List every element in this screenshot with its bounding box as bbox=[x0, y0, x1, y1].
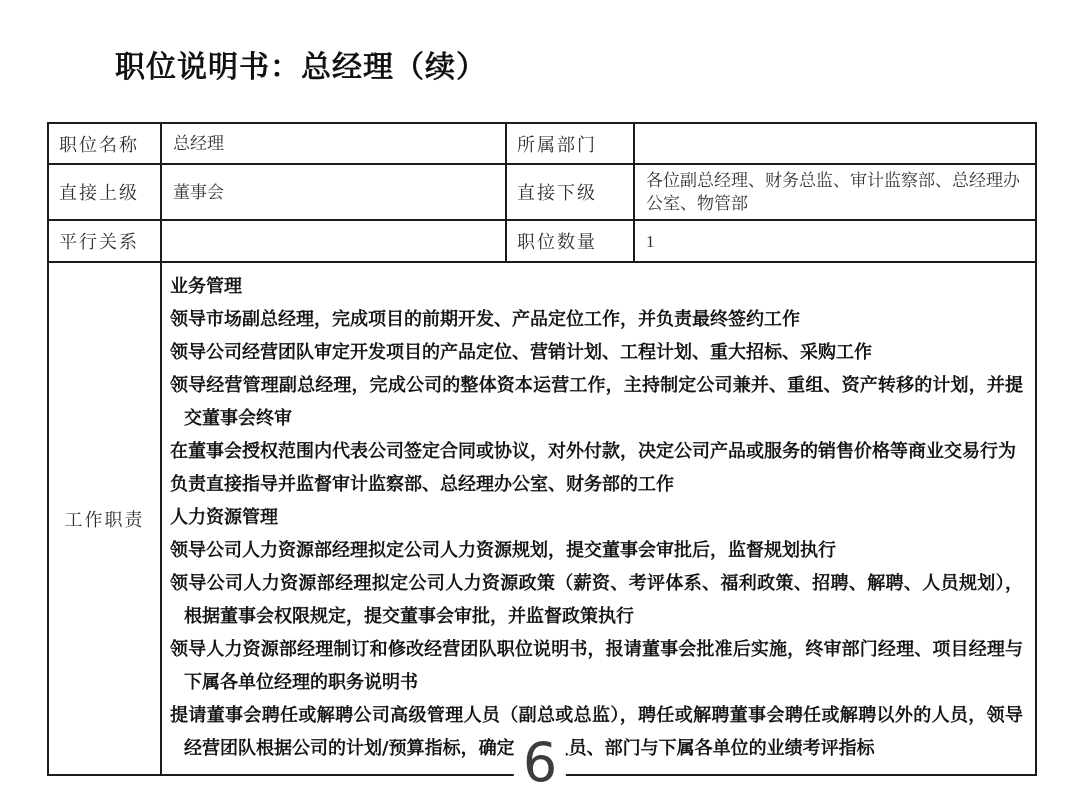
field-label-direct-superior: 直接上级 bbox=[48, 164, 161, 220]
table-row: 平行关系 职位数量 1 bbox=[48, 220, 1036, 262]
page-title: 职位说明书：总经理（续） bbox=[115, 42, 487, 86]
duty-item: 领导经营管理副总经理，完成公司的整体资本运营工作，主持制定公司兼并、重组、资产转… bbox=[170, 369, 1023, 435]
table-row: 职位名称 总经理 所属部门 bbox=[48, 123, 1036, 164]
field-label-position-count: 职位数量 bbox=[506, 220, 634, 262]
field-value-position-count: 1 bbox=[634, 220, 1036, 262]
duty-item: 领导公司人力资源部经理拟定公司人力资源规划，提交董事会审批后，监督规划执行 bbox=[170, 534, 1023, 567]
duty-item: 领导市场副总经理，完成项目的前期开发、产品定位工作，并负责最终签约工作 bbox=[170, 303, 1023, 336]
table-row: 直接上级 董事会 直接下级 各位副总经理、财务总监、审计监察部、总经理办公室、物… bbox=[48, 164, 1036, 220]
field-value-department bbox=[634, 123, 1036, 164]
field-value-direct-subordinates: 各位副总经理、财务总监、审计监察部、总经理办公室、物管部 bbox=[634, 164, 1036, 220]
duty-item: 领导人力资源部经理制订和修改经营团队职位说明书，报请董事会批准后实施，终审部门经… bbox=[170, 633, 1023, 699]
duty-section-heading: 业务管理 bbox=[170, 270, 1023, 303]
duty-item: 领导公司经营团队审定开发项目的产品定位、营销计划、工程计划、重大招标、采购工作 bbox=[170, 336, 1023, 369]
field-label-job-duties: 工作职责 bbox=[48, 262, 161, 775]
field-value-parallel-relations bbox=[161, 220, 506, 262]
field-value-position-name: 总经理 bbox=[161, 123, 506, 164]
table-row-duties: 工作职责 业务管理 领导市场副总经理，完成项目的前期开发、产品定位工作，并负责最… bbox=[48, 262, 1036, 775]
page-number: 6 bbox=[514, 736, 566, 790]
field-label-direct-subordinates: 直接下级 bbox=[506, 164, 634, 220]
job-description-table: 职位名称 总经理 所属部门 直接上级 董事会 直接下级 各位副总经理、财务总监、… bbox=[47, 122, 1037, 776]
job-duties-content: 业务管理 领导市场副总经理，完成项目的前期开发、产品定位工作，并负责最终签约工作… bbox=[161, 262, 1036, 775]
duty-item: 负责直接指导并监督审计监察部、总经理办公室、财务部的工作 bbox=[170, 468, 1023, 501]
field-label-parallel-relations: 平行关系 bbox=[48, 220, 161, 262]
slide: 职位说明书：总经理（续） 职位名称 总经理 所属部门 直接上级 董事会 直接下级… bbox=[0, 0, 1080, 810]
field-label-position-name: 职位名称 bbox=[48, 123, 161, 164]
duty-section-heading: 人力资源管理 bbox=[170, 501, 1023, 534]
duty-item: 提请董事会聘任或解聘公司高级管理人员（副总或总监），聘任或解聘董事会聘任或解聘以… bbox=[170, 699, 1023, 765]
duty-item: 在董事会授权范围内代表公司签定合同或协议，对外付款，决定公司产品或服务的销售价格… bbox=[170, 435, 1023, 468]
duty-item: 领导公司人力资源部经理拟定公司人力资源政策（薪资、考评体系、福利政策、招聘、解聘… bbox=[170, 567, 1023, 633]
field-value-direct-superior: 董事会 bbox=[161, 164, 506, 220]
field-label-department: 所属部门 bbox=[506, 123, 634, 164]
